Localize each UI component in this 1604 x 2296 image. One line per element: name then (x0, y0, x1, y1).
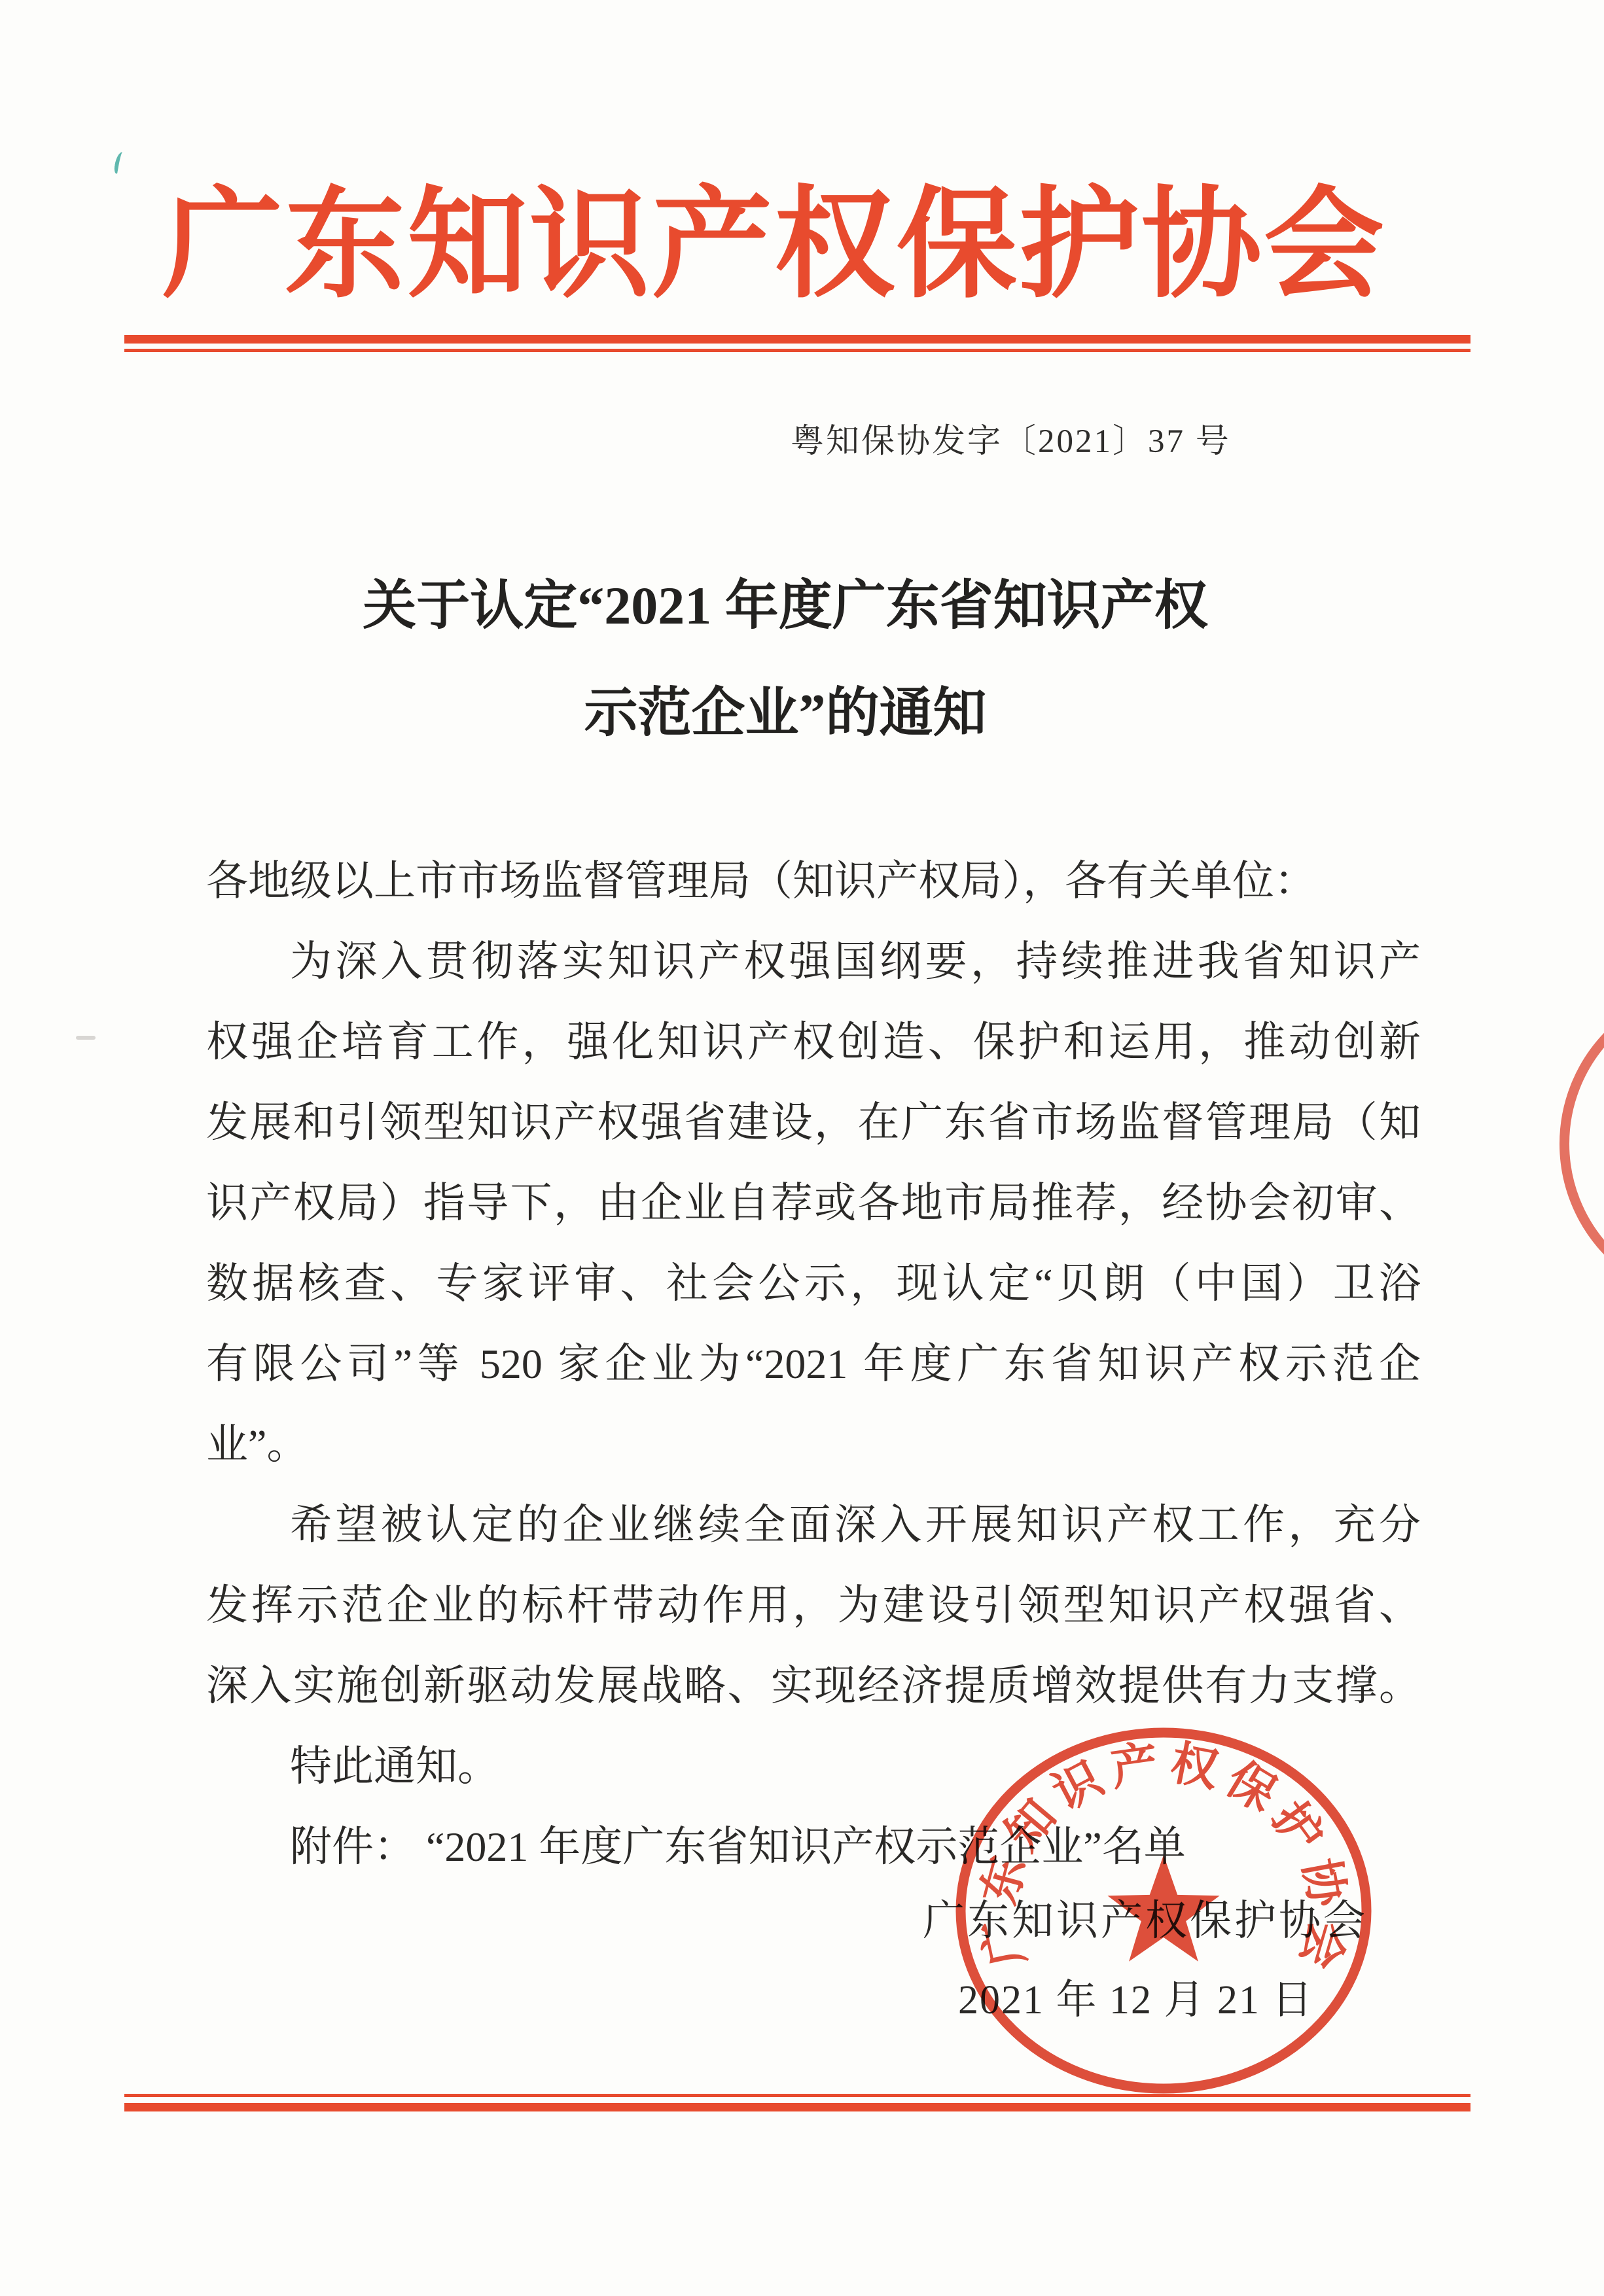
body-line: 发挥示范企业的标杆带动作用，为建设引领型知识产权强省、 (206, 1565, 1421, 1646)
official-seal: 广东知识产权保护协会 (948, 1721, 1380, 2100)
seal-star-icon (1107, 1855, 1219, 1962)
body-line: 有限公司”等 520 家企业为“2021 年度广东省知识产权示范企 (206, 1324, 1421, 1404)
letterhead-rule-thin (124, 349, 1470, 352)
scan-artifact-smudge (76, 1036, 96, 1040)
letterhead-title: 广东知识产权保护协会 (162, 170, 1399, 321)
notice-title-line2: 示范企业”的通知 (23, 660, 1548, 767)
official-notice-page: 广东知识产权保护协会 粤知保协发字〔2021〕37 号 关于认定“2021 年度… (0, 0, 1604, 2296)
footer-rule-thick (124, 2103, 1470, 2111)
body-line: 数据核查、专家评审、社会公示，现认定“贝朗（中国）卫浴 (206, 1243, 1421, 1324)
salutation-line: 各地级以上市市场监督管理局（知识产权局），各有关单位： (206, 841, 1421, 921)
notice-title: 关于认定“2021 年度广东省知识产权 示范企业”的通知 (23, 552, 1548, 767)
notice-title-line1: 关于认定“2021 年度广东省知识产权 (23, 552, 1548, 660)
scan-artifact-tick (113, 151, 126, 175)
document-number: 粤知保协发字〔2021〕37 号 (791, 414, 1231, 462)
body-line: 深入实施创新驱动发展战略、实现经济提质增效提供有力支撑。 (206, 1646, 1421, 1726)
body-line: 为深入贯彻落实知识产权强国纲要，持续推进我省知识产 (206, 921, 1421, 1002)
body-line: 业”。 (206, 1404, 1421, 1485)
body-line: 识产权局）指导下，由企业自荐或各地市局推荐，经协会初审、 (206, 1163, 1421, 1243)
letterhead-rule-thick (124, 335, 1470, 344)
partial-seal-arc (1559, 983, 1604, 1304)
body-line: 希望被认定的企业继续全面深入开展知识产权工作，充分 (206, 1485, 1421, 1565)
body-line: 发展和引领型知识产权强省建设，在广东省市场监督管理局（知 (206, 1082, 1421, 1163)
body-line: 权强企培育工作，强化知识产权创造、保护和运用，推动创新 (206, 1002, 1421, 1082)
